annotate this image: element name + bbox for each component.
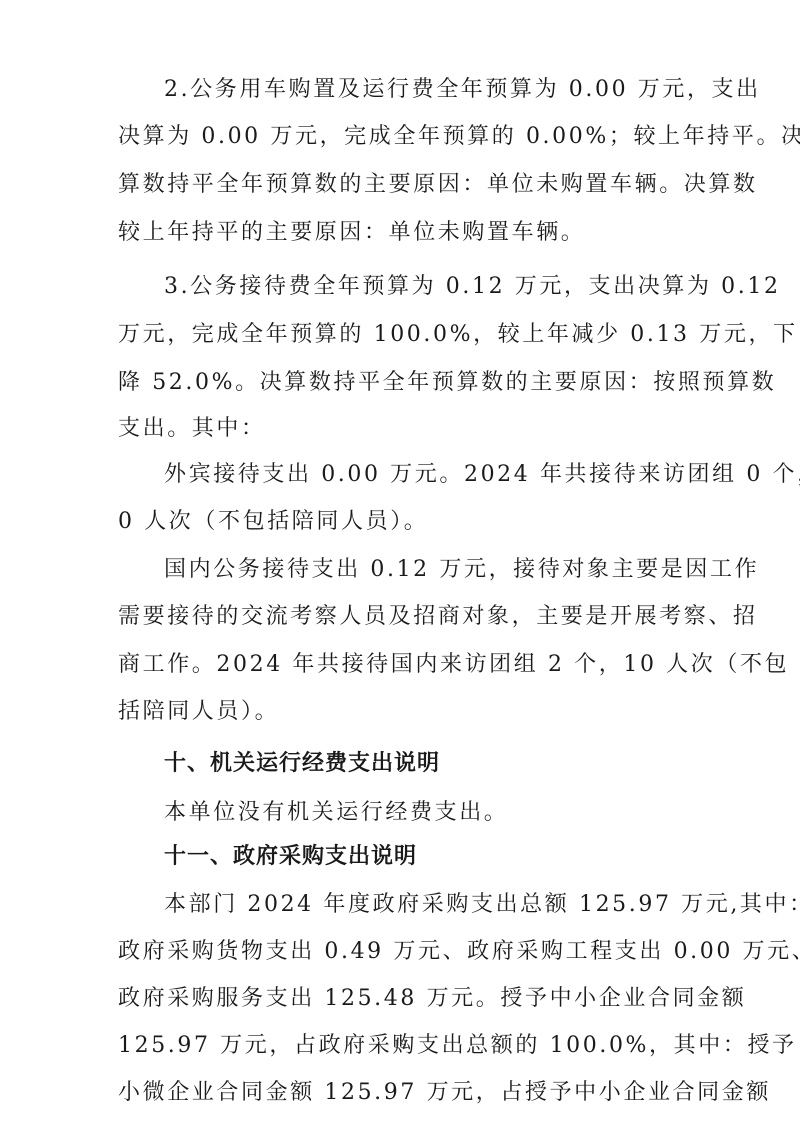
paragraph-line: 本部门 2024 年度政府采购支出总额 125.97 万元,其中： [164, 890, 682, 920]
paragraph-line: 决算为 0.00 万元，完成全年预算的 0.00%；较上年持平。决 [118, 122, 682, 152]
section-heading-11: 十一、政府采购支出说明 [164, 842, 682, 872]
paragraph-line: 算数持平全年预算数的主要原因：单位未购置车辆。决算数 [118, 170, 682, 200]
paragraph-line: 政府采购货物支出 0.49 万元、政府采购工程支出 0.00 万元、 [118, 937, 682, 967]
paragraph-line: 本单位没有机关运行经费支出。 [164, 798, 682, 828]
page-number: 19 [0, 1036, 800, 1052]
section-heading-10: 十、机关运行经费支出说明 [164, 749, 682, 779]
paragraph-line: 0 人次（不包括陪同人员）。 [118, 507, 682, 537]
paragraph-line: 2.公务用车购置及运行费全年预算为 0.00 万元，支出 [164, 75, 682, 105]
paragraph-line: 括陪同人员）。 [118, 697, 682, 727]
paragraph-line: 小微企业合同金额 125.97 万元，占授予中小企业合同金额 [118, 1078, 682, 1108]
paragraph-line: 国内公务接待支出 0.12 万元，接待对象主要是因工作 [164, 555, 682, 585]
paragraph-line: 需要接待的交流考察人员及招商对象，主要是开展考察、招 [118, 602, 682, 632]
paragraph-line: 3.公务接待费全年预算为 0.12 万元，支出决算为 0.12 [164, 272, 682, 302]
paragraph-line: 降 52.0%。决算数持平全年预算数的主要原因：按照预算数 [118, 368, 682, 398]
document-page: 2.公务用车购置及运行费全年预算为 0.00 万元，支出 决算为 0.00 万元… [0, 0, 800, 1131]
paragraph-line: 外宾接待支出 0.00 万元。2024 年共接待来访团组 0 个， [164, 460, 682, 490]
paragraph-line: 较上年持平的主要原因：单位未购置车辆。 [118, 218, 682, 248]
paragraph-line: 支出。其中： [118, 414, 682, 444]
paragraph-line: 万元，完成全年预算的 100.0%，较上年减少 0.13 万元，下 [118, 320, 682, 350]
paragraph-line: 商工作。2024 年共接待国内来访团组 2 个，10 人次（不包 [118, 650, 682, 680]
paragraph-line: 政府采购服务支出 125.48 万元。授予中小企业合同金额 [118, 984, 682, 1014]
